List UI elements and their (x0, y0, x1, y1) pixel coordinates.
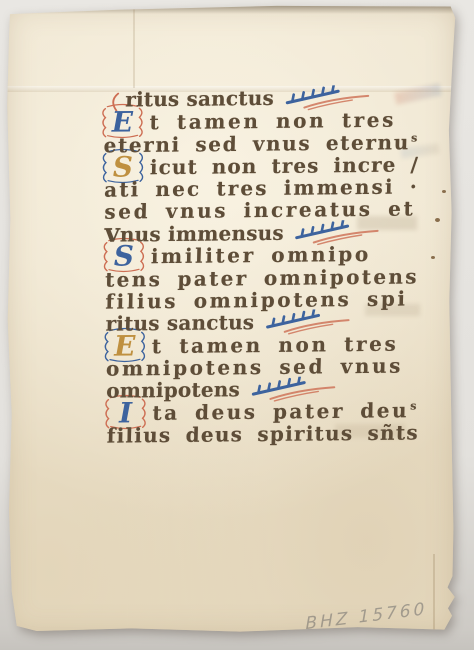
line-text: ritus sanctus (105, 312, 254, 335)
vertical-crease-bottom (433, 554, 435, 634)
line-text: omnipotens sed vnus (106, 356, 403, 380)
superscript-abbreviation: s (411, 131, 419, 144)
line-text: vnus immensus (104, 222, 284, 246)
edge-speck (442, 190, 446, 193)
vertical-crease-top (133, 8, 135, 88)
line-filler-icon (250, 377, 308, 398)
line-filler-icon (294, 220, 352, 241)
edge-speck (435, 218, 440, 222)
text-block: ritus sanctus Et tamen non tres eterni s… (97, 85, 435, 447)
line-text: eterni sed vnus eternus (103, 127, 419, 156)
text-line: filius deus spiritus sñts (101, 421, 435, 447)
text-line: sed vnus increatus et (98, 197, 432, 223)
line-text: filius omnipotens spi (105, 288, 408, 312)
photo-background: ritus sanctus Et tamen non tres eterni s… (0, 0, 474, 650)
line-filler-icon (284, 86, 342, 107)
top-edge-shadow (5, 4, 457, 14)
line-text: imiliter omnipo (151, 244, 371, 267)
manuscript-leaf: ritus sanctus Et tamen non tres eterni s… (5, 4, 457, 636)
line-text: sed vnus increatus et (104, 199, 415, 223)
superscript-abbreviation: s (410, 400, 419, 413)
line-text: filius deus spiritus sñts (107, 423, 420, 447)
line-filler-icon (264, 310, 322, 331)
text-line: filius omnipotens spi (99, 287, 433, 313)
text-line: omnipotens sed vnus (100, 354, 434, 380)
line-text: ritus sanctus (125, 88, 274, 111)
parchment: ritus sanctus Et tamen non tres eterni s… (5, 4, 457, 636)
